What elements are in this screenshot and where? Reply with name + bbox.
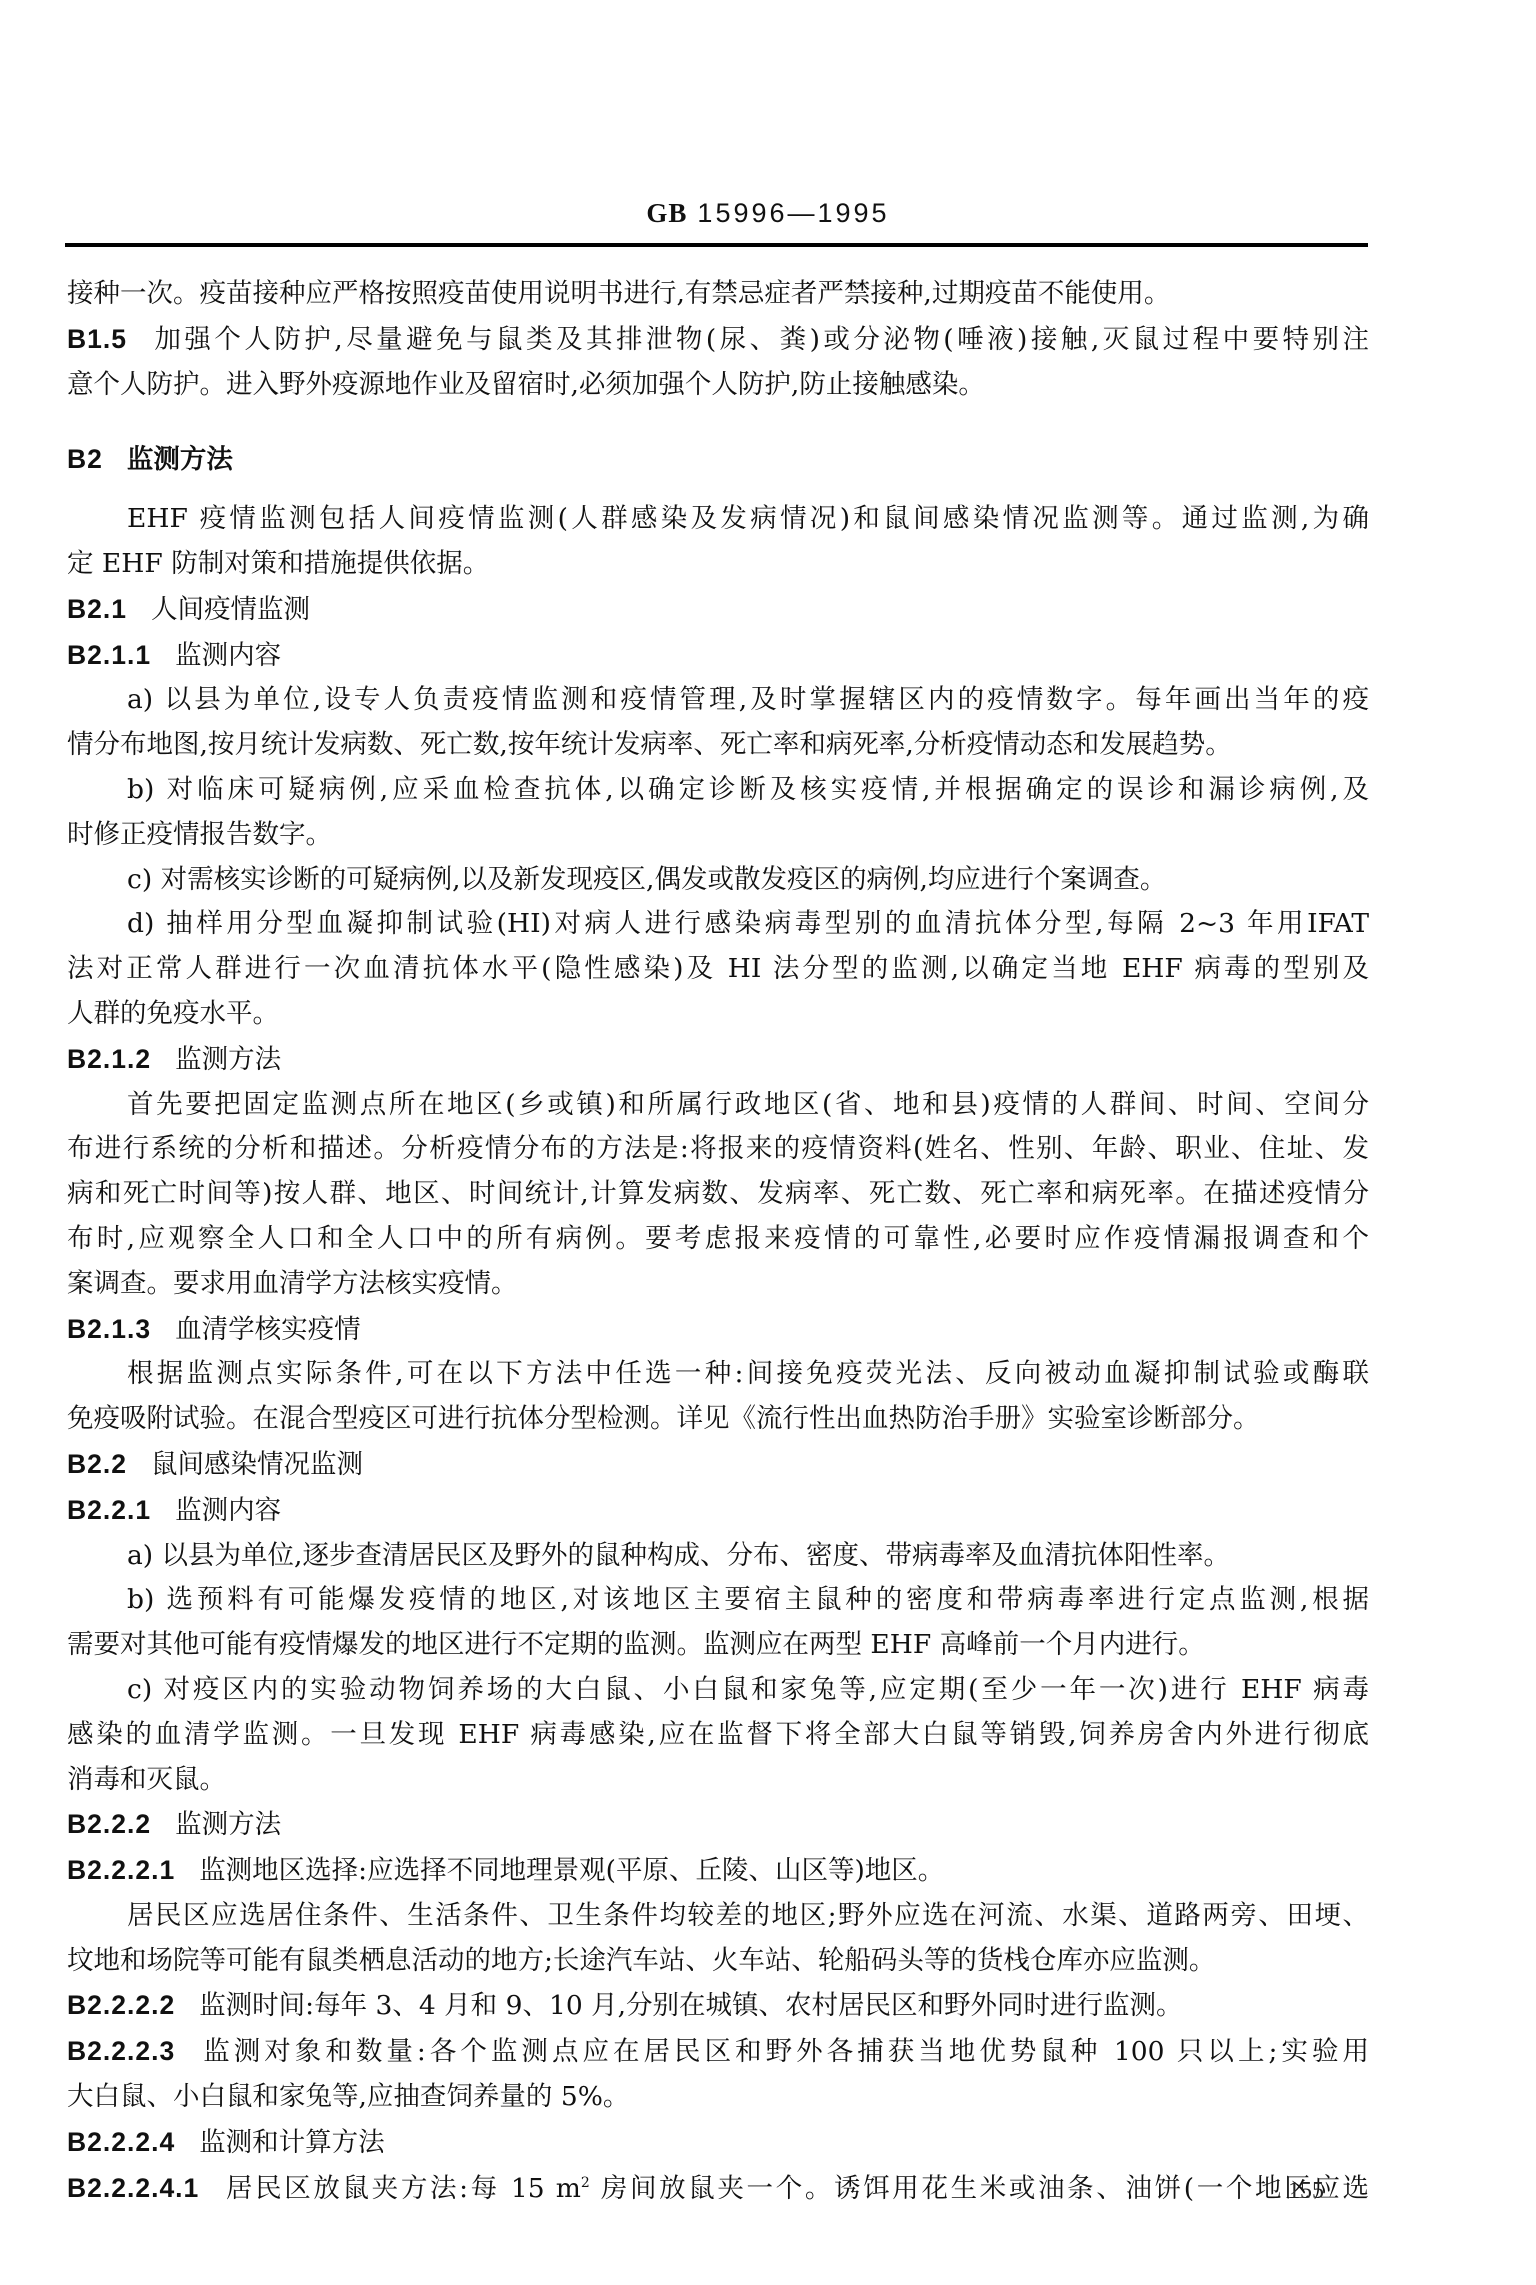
paragraph-line: 时修正疫情报告数字。 (67, 813, 1369, 858)
list-item-c: c) 对需核实诊断的可疑病例,以及新发现疫区,偶发或散发疫区的病例,均应进行个案… (67, 858, 1369, 903)
paragraph-line: 布时,应观察全人口和全人口中的所有病例。要考虑报来疫情的可靠性,必要时应作疫情漏… (67, 1217, 1369, 1262)
clause-number: B2.2.2.2 (67, 1990, 175, 2020)
section-heading-b2-2-2: B2.2.2监测方法 (67, 1802, 1369, 1848)
clause-b2-2-2-3: B2.2.2.3监测对象和数量:各个监测点应在居民区和野外各捕获当地优势鼠种 1… (67, 2029, 1369, 2075)
clause-number: B2.2.2.4 (67, 2127, 175, 2157)
section-title: 监测内容 (175, 640, 281, 671)
section-title: 监测方法 (175, 1044, 281, 1075)
paragraph-line: 消毒和灭鼠。 (67, 1758, 1369, 1803)
section-number: B2.1.1 (67, 640, 151, 670)
clause-number: B2.2.2.4.1 (67, 2173, 199, 2203)
superscript: 2 (581, 2175, 590, 2191)
paragraph-line: 大白鼠、小白鼠和家兔等,应抽查饲养量的 5%。 (67, 2075, 1369, 2120)
section-number: B2.1.2 (67, 1044, 151, 1074)
paragraph-line: 接种一次。疫苗接种应严格按照疫苗使用说明书进行,有禁忌症者严禁接种,过期疫苗不能… (67, 272, 1369, 317)
section-heading-b2-1-3: B2.1.3血清学核实疫情 (67, 1307, 1369, 1353)
list-item-c: c) 对疫区内的实验动物饲养场的大白鼠、小白鼠和家兔等,应定期(至少一年一次)进… (67, 1668, 1369, 1713)
header-rule (65, 243, 1368, 247)
section-title: 监测和计算方法 (199, 2127, 385, 2158)
page-number: 155 (1288, 2178, 1324, 2205)
section-number: B2.2.2 (67, 1809, 151, 1839)
paragraph-line: 加强个人防护,尽量避免与鼠类及其排泄物(尿、粪)或分泌物(唾液)接触,灭鼠过程中… (151, 324, 1369, 355)
list-item-d: d) 抽样用分型血凝抑制试验(HI)对病人进行感染病毒型别的血清抗体分型,每隔 … (67, 902, 1369, 947)
section-heading-b2-1-2: B2.1.2监测方法 (67, 1037, 1369, 1083)
clause-b2-2-2-1: B2.2.2.1监测地区选择:应选择不同地理景观(平原、丘陵、山区等)地区。 (67, 1848, 1369, 1894)
section-title: 监测方法 (127, 444, 233, 475)
clause-b2-2-2-4: B2.2.2.4监测和计算方法 (67, 2120, 1369, 2166)
clause-b1-5: B1.5加强个人防护,尽量避免与鼠类及其排泄物(尿、粪)或分泌物(唾液)接触,灭… (67, 317, 1369, 363)
paragraph-line: 病和死亡时间等)按人群、地区、时间统计,计算发病数、发病率、死亡数、死亡率和病死… (67, 1172, 1369, 1217)
paragraph-line: 需要对其他可能有疫情爆发的地区进行不定期的监测。监测应在两型 EHF 高峰前一个… (67, 1623, 1369, 1668)
clause-number: B2.2.2.3 (67, 2036, 175, 2066)
list-item-a: a) 以县为单位,逐步查清居民区及野外的鼠种构成、分布、密度、带病毒率及血清抗体… (67, 1534, 1369, 1579)
paragraph-line: 免疫吸附试验。在混合型疫区可进行抗体分型检测。详见《流行性出血热防治手册》实验室… (67, 1397, 1369, 1442)
paragraph-line: 居民区应选居住条件、生活条件、卫生条件均较差的地区;野外应选在河流、水渠、道路两… (67, 1894, 1369, 1939)
section-number: B2.1 (67, 594, 127, 624)
paragraph-line: 法对正常人群进行一次血清抗体水平(隐性感染)及 HI 法分型的监测,以确定当地 … (67, 947, 1369, 992)
paragraph-line-part: 居民区放鼠夹方法:每 15 m (223, 2173, 581, 2204)
paragraph-line-part: 房间放鼠夹一个。诱饵用花生米或油条、油饼(一个地区应选 (590, 2173, 1369, 2204)
paragraph-line: 感染的血清学监测。一旦发现 EHF 病毒感染,应在监督下将全部大白鼠等销毁,饲养… (67, 1713, 1369, 1758)
paragraph-line: 意个人防护。进入野外疫源地作业及留宿时,必须加强个人防护,防止接触感染。 (67, 363, 1369, 408)
section-title: 监测方法 (175, 1809, 281, 1840)
paragraph-line: 根据监测点实际条件,可在以下方法中任选一种:间接免疫荧光法、反向被动血凝抑制试验… (67, 1352, 1369, 1397)
section-title: 血清学核实疫情 (175, 1314, 361, 1345)
clause-b2-2-2-2: B2.2.2.2监测时间:每年 3、4 月和 9、10 月,分别在城镇、农村居民… (67, 1983, 1369, 2029)
paragraph-line: 案调查。要求用血清学方法核实疫情。 (67, 1262, 1369, 1307)
clause-number: B2.2.2.1 (67, 1855, 175, 1885)
section-heading-b2: B2监测方法 (67, 437, 1369, 483)
clause-b2-2-2-4-1: B2.2.2.4.1居民区放鼠夹方法:每 15 m2 房间放鼠夹一个。诱饵用花生… (67, 2166, 1369, 2212)
paragraph-line: 监测对象和数量:各个监测点应在居民区和野外各捕获当地优势鼠种 100 只以上;实… (199, 2036, 1369, 2067)
section-heading-b2-1-1: B2.1.1监测内容 (67, 633, 1369, 679)
list-item-b: b) 选预料有可能爆发疫情的地区,对该地区主要宿主鼠种的密度和带病毒率进行定点监… (67, 1578, 1369, 1623)
paragraph-line: 情分布地图,按月统计发病数、死亡数,按年统计发病率、死亡率和病死率,分析疫情动态… (67, 723, 1369, 768)
clause-number: B1.5 (67, 324, 127, 354)
section-number: B2 (67, 444, 103, 474)
standard-prefix: GB (646, 198, 687, 228)
section-heading-b2-2: B2.2鼠间感染情况监测 (67, 1442, 1369, 1488)
section-heading-b2-1: B2.1人间疫情监测 (67, 587, 1369, 633)
document-body: 接种一次。疫苗接种应严格按照疫苗使用说明书进行,有禁忌症者严禁接种,过期疫苗不能… (67, 272, 1369, 2211)
section-title: 鼠间感染情况监测 (151, 1449, 363, 1480)
section-number: B2.2 (67, 1449, 127, 1479)
paragraph-line: 监测时间:每年 3、4 月和 9、10 月,分别在城镇、农村居民区和野外同时进行… (199, 1990, 1182, 2021)
list-item-a: a) 以县为单位,设专人负责疫情监测和疫情管理,及时掌握辖区内的疫情数字。每年画… (67, 678, 1369, 723)
standard-number: 15996—1995 (697, 198, 889, 228)
section-number: B2.1.3 (67, 1314, 151, 1344)
section-heading-b2-2-1: B2.2.1监测内容 (67, 1488, 1369, 1534)
section-title: 监测内容 (175, 1495, 281, 1526)
list-item-b: b) 对临床可疑病例,应采血检查抗体,以确定诊断及核实疫情,并根据确定的误诊和漏… (67, 768, 1369, 813)
paragraph-line: EHF 疫情监测包括人间疫情监测(人群感染及发病情况)和鼠间感染情况监测等。通过… (67, 497, 1369, 542)
section-number: B2.2.1 (67, 1495, 151, 1525)
paragraph-line: 人群的免疫水平。 (67, 992, 1369, 1037)
paragraph-line: 定 EHF 防制对策和措施提供依据。 (67, 542, 1369, 587)
paragraph-line: 坟地和场院等可能有鼠类栖息活动的地方;长途汽车站、火车站、轮船码头等的货栈仓库亦… (67, 1939, 1369, 1984)
page-header: GB15996—1995 (0, 198, 1536, 229)
section-title: 人间疫情监测 (151, 594, 310, 625)
paragraph-line: 首先要把固定监测点所在地区(乡或镇)和所属行政地区(省、地和县)疫情的人群间、时… (67, 1083, 1369, 1128)
paragraph-line: 监测地区选择:应选择不同地理景观(平原、丘陵、山区等)地区。 (199, 1855, 944, 1886)
paragraph-line: 布进行系统的分析和描述。分析疫情分布的方法是:将报来的疫情资料(姓名、性别、年龄… (67, 1127, 1369, 1172)
